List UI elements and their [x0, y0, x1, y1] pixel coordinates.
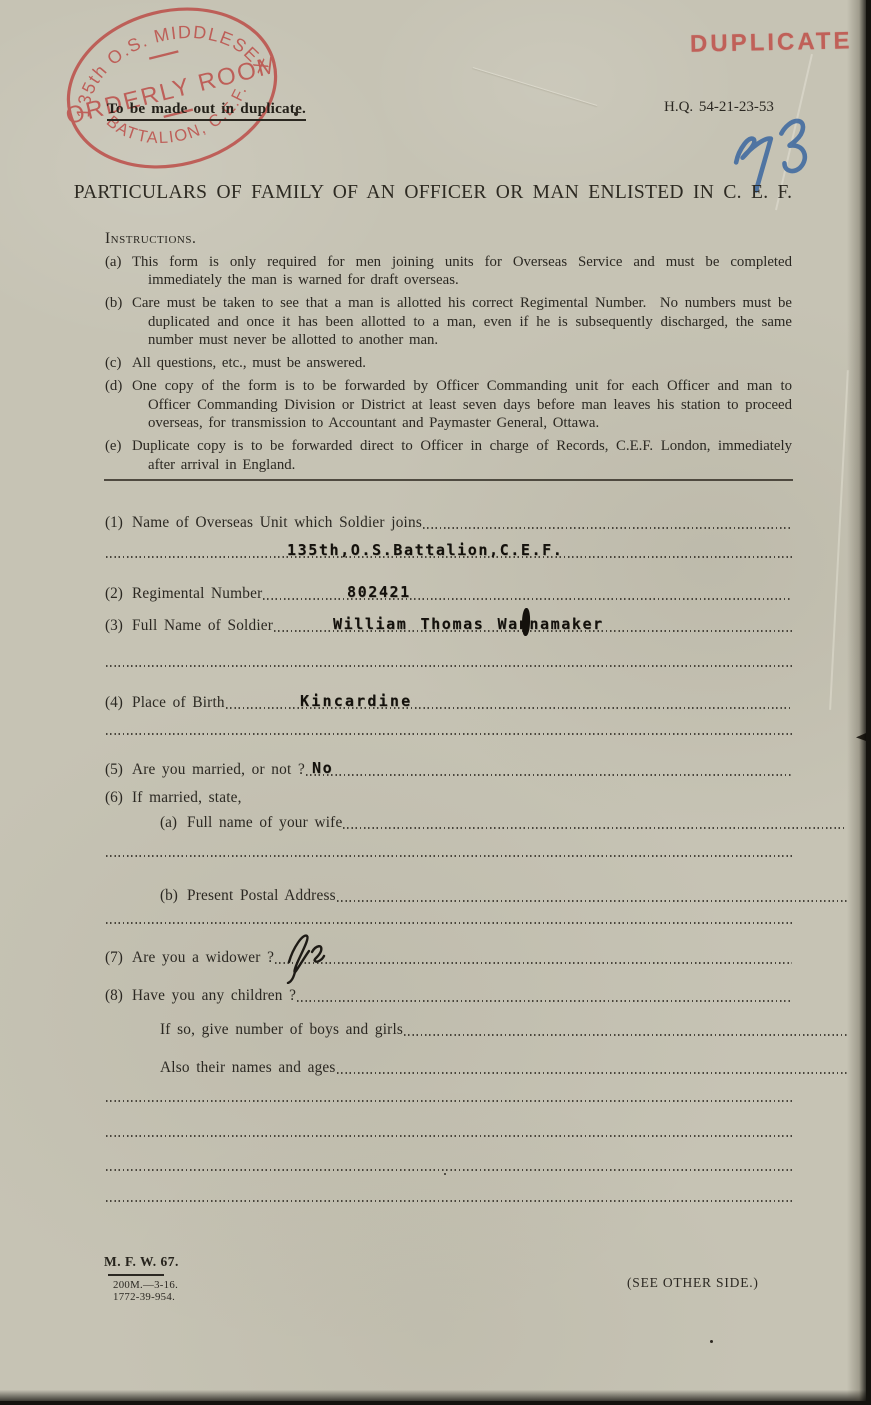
dotted-answer-line	[106, 1135, 792, 1137]
instruction-text: One copy of the form is to be forwarded …	[132, 377, 792, 433]
question-number: (4)	[105, 694, 132, 712]
instruction-item: (d) One copy of the form is to be forwar…	[105, 377, 792, 433]
question-text: Are you a widower ?	[132, 949, 274, 967]
question-text: Are you married, or not ?	[132, 761, 305, 779]
question-number: (1)	[105, 514, 132, 532]
question-number: (8)	[105, 987, 132, 1005]
typed-answer-regimental-number: 802421	[347, 583, 411, 601]
question-text: Full Name of Soldier	[132, 617, 273, 635]
instruction-text: Duplicate copy is to be forwarded direct…	[132, 437, 792, 474]
dotted-answer-line	[106, 1169, 792, 1171]
typed-answer-married: No	[312, 759, 333, 777]
instruction-label: (c)	[105, 354, 132, 373]
dotted-answer-line	[404, 1034, 847, 1036]
question-text: Place of Birth	[132, 694, 225, 712]
question-number: (6)	[105, 789, 132, 807]
dotted-answer-line	[106, 855, 792, 857]
typed-answer-birthplace: Kincardine	[300, 692, 412, 710]
question-text: Name of Overseas Unit which Soldier join…	[132, 514, 422, 532]
scanned-form-page: 135th O.S. MIDDLESEX BATTALION, C.E.F. O…	[0, 0, 866, 1401]
blank-line	[105, 656, 792, 670]
question-text: If married, state,	[132, 789, 242, 807]
sub-question-text: Full name of your wife	[187, 814, 342, 832]
print-run: 200M.—3-16.	[113, 1279, 178, 1291]
question-number: (5)	[105, 761, 132, 779]
dotted-answer-line	[263, 598, 792, 600]
typed-answer-unit: 135th,O.S.Battalion,C.E.F.	[287, 541, 563, 559]
handwritten-answer-widower: No	[281, 928, 339, 984]
section-divider	[104, 479, 793, 481]
form-title: PARTICULARS OF FAMILY OF AN OFFICER OR M…	[0, 182, 866, 204]
dotted-answer-line	[106, 665, 792, 667]
sub-question-text: If so, give number of boys and girls	[160, 1021, 403, 1039]
form-code-underline	[108, 1274, 164, 1276]
question-row-8: (8) Have you any children ?	[105, 981, 792, 1005]
question-number: (2)	[105, 585, 132, 603]
question-text: Have you any children ?	[132, 987, 296, 1005]
sub-question-text: Present Postal Address	[187, 887, 336, 905]
dotted-answer-line	[275, 962, 792, 964]
blank-line	[105, 1091, 792, 1105]
question-number: (7)	[105, 949, 132, 967]
dotted-answer-line	[297, 1000, 792, 1002]
question-row-6: (6) If married, state,	[105, 787, 792, 807]
question-row-7: (7) Are you a widower ? No	[105, 943, 792, 967]
instruction-text: This form is only required for men joini…	[132, 253, 792, 290]
question-row-2: (2) Regimental Number 802421	[105, 579, 792, 603]
instructions-section: Instructions. (a) This form is only requ…	[105, 230, 792, 474]
instruction-label: (a)	[105, 253, 132, 290]
form-code: M. F. W. 67.	[104, 1254, 179, 1270]
question-row-6b: (b) Present Postal Address	[105, 881, 847, 905]
dotted-answer-line	[106, 733, 792, 735]
dotted-answer-line	[106, 1200, 792, 1202]
blank-line	[105, 1126, 792, 1140]
instruction-item: (b) Care must be taken to see that a man…	[105, 294, 792, 350]
dotted-answer-line	[106, 922, 792, 924]
instructions-heading: Instructions.	[105, 230, 792, 248]
blank-line	[105, 1160, 792, 1174]
blank-line	[105, 1191, 792, 1205]
question-row-1: (1) Name of Overseas Unit which Soldier …	[105, 508, 792, 532]
answer-row-1: 135th,O.S.Battalion,C.E.F.	[105, 535, 792, 561]
ink-speck	[710, 1340, 713, 1343]
blank-line	[105, 846, 792, 860]
blank-line	[105, 913, 792, 927]
question-number: (3)	[105, 617, 132, 635]
instruction-label: (b)	[105, 294, 132, 350]
duplicate-note: To be made out in duplicate.	[107, 100, 306, 121]
question-row-3: (3) Full Name of Soldier William Thomas …	[105, 611, 792, 635]
question-row-8-sub2: Also their names and ages	[105, 1053, 847, 1077]
print-code: 1772-39-954.	[113, 1291, 175, 1303]
dotted-answer-line	[337, 900, 847, 902]
question-text: Regimental Number	[132, 585, 262, 603]
instruction-text: All questions, etc., must be answered.	[132, 354, 792, 373]
instruction-label: (e)	[105, 437, 132, 474]
question-row-5: (5) Are you married, or not ? No	[105, 755, 792, 779]
soldier-name-text: William Thomas Wannamaker	[333, 615, 604, 633]
typed-answer-soldier-name: William Thomas Wannamaker	[333, 615, 604, 633]
sub-question-label: (b)	[160, 887, 187, 905]
duplicate-stamp: DUPLICATE	[690, 27, 853, 58]
blank-line	[105, 724, 792, 738]
paper-crease	[473, 67, 598, 106]
dotted-answer-line	[343, 827, 847, 829]
dotted-answer-line	[306, 774, 792, 776]
sub-question-label: (a)	[160, 814, 187, 832]
instruction-item: (a) This form is only required for men j…	[105, 253, 792, 290]
instruction-item: (c) All questions, etc., must be answere…	[105, 354, 792, 373]
sub-question-text: Also their names and ages	[160, 1059, 336, 1077]
dotted-answer-line	[423, 527, 792, 529]
dotted-answer-line	[337, 1072, 847, 1074]
paper-tear	[856, 733, 866, 741]
question-row-8-sub1: If so, give number of boys and girls	[105, 1015, 847, 1039]
see-other-side-note: (SEE OTHER SIDE.)	[627, 1275, 759, 1291]
question-row-4: (4) Place of Birth Kincardine	[105, 688, 792, 712]
paper-crease	[829, 370, 848, 710]
question-row-6a: (a) Full name of your wife	[105, 808, 847, 832]
dotted-answer-line	[106, 1100, 792, 1102]
instruction-label: (d)	[105, 377, 132, 433]
instruction-text: Care must be taken to see that a man is …	[132, 294, 792, 350]
instruction-item: (e) Duplicate copy is to be forwarded di…	[105, 437, 792, 474]
